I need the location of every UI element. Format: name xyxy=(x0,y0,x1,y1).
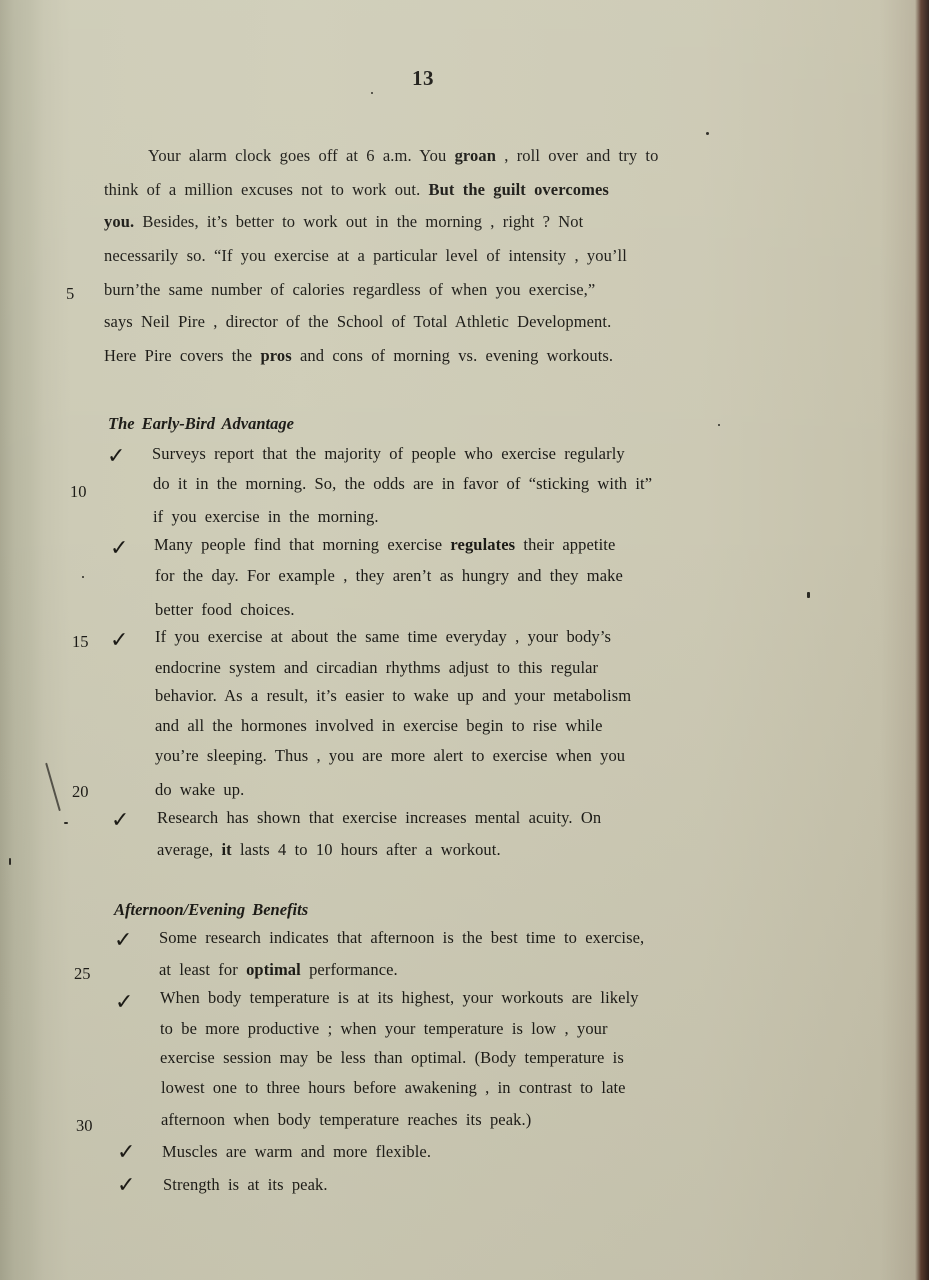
line-number-15: 15 xyxy=(72,632,89,652)
intro-line-5: burn’the same number of calories regardl… xyxy=(104,280,595,300)
intro-line-3: you. Besides, it’s better to work out in… xyxy=(104,212,583,232)
paper-speck xyxy=(807,592,810,598)
early-bird-item-3-line-6: do wake up. xyxy=(155,780,244,800)
intro-line-2: think of a million excuses not to work o… xyxy=(104,180,609,200)
afternoon-item-3-line-1: Muscles are warm and more flexible. xyxy=(162,1142,431,1162)
afternoon-item-2-line-2: to be more productive ; when your temper… xyxy=(160,1019,608,1039)
afternoon-item-2-line-5: afternoon when body temperature reaches … xyxy=(161,1110,531,1130)
section-heading-early-bird: The Early-Bird Advantage xyxy=(108,414,294,434)
early-bird-item-4-line-1: Research has shown that exercise increas… xyxy=(157,808,601,828)
check-icon: ✓ xyxy=(117,1175,135,1197)
paper-speck xyxy=(718,424,720,426)
paper-speck xyxy=(64,822,68,824)
paper-speck xyxy=(706,132,709,135)
early-bird-item-1-line-1: Surveys report that the majority of peop… xyxy=(152,444,625,464)
afternoon-item-2-line-3: exercise session may be less than optima… xyxy=(160,1048,624,1068)
early-bird-item-2-line-1: Many people find that morning exercise r… xyxy=(154,535,615,555)
afternoon-item-2-line-4: lowest one to three hours before awakeni… xyxy=(161,1078,626,1098)
section-heading-afternoon-evening: Afternoon/Evening Benefits xyxy=(114,900,308,920)
early-bird-item-3-line-5: you’re sleeping. Thus , you are more ale… xyxy=(155,746,625,766)
page-number: 13 xyxy=(412,66,434,91)
early-bird-item-4-line-2: average, it lasts 4 to 10 hours after a … xyxy=(157,840,501,860)
early-bird-item-3-line-4: and all the hormones involved in exercis… xyxy=(155,716,603,736)
check-icon: ✓ xyxy=(110,630,128,652)
early-bird-item-1-line-2: do it in the morning. So, the odds are i… xyxy=(153,474,652,494)
afternoon-item-1-line-1: Some research indicates that afternoon i… xyxy=(159,928,644,948)
afternoon-item-2-line-1: When body temperature is at its highest,… xyxy=(160,988,639,1008)
intro-line-6: says Neil Pire , director of the School … xyxy=(104,312,611,332)
afternoon-item-4-line-1: Strength is at its peak. xyxy=(163,1175,328,1195)
early-bird-item-3-line-2: endocrine system and circadian rhythms a… xyxy=(155,658,598,678)
paper-speck xyxy=(82,576,84,578)
early-bird-item-1-line-3: if you exercise in the morning. xyxy=(153,507,379,527)
paper-speck xyxy=(9,858,11,865)
line-number-25: 25 xyxy=(74,964,91,984)
check-icon: ✓ xyxy=(117,1142,135,1164)
intro-line-4: necessarily so. “If you exercise at a pa… xyxy=(104,246,627,266)
intro-line-1: Your alarm clock goes off at 6 a.m. You … xyxy=(148,146,658,166)
line-number-20: 20 xyxy=(72,782,89,802)
check-icon: ✓ xyxy=(111,810,129,832)
afternoon-item-1-line-2: at least for optimal performance. xyxy=(159,960,398,980)
check-icon: ✓ xyxy=(110,538,128,560)
early-bird-item-2-line-2: for the day. For example , they aren’t a… xyxy=(155,566,623,586)
check-icon: ✓ xyxy=(107,446,125,468)
early-bird-item-2-line-3: better food choices. xyxy=(155,600,295,620)
check-icon: ✓ xyxy=(114,930,132,952)
line-number-5: 5 xyxy=(66,284,74,304)
early-bird-item-3-line-1: If you exercise at about the same time e… xyxy=(155,627,611,647)
line-number-30: 30 xyxy=(76,1116,93,1136)
check-icon: ✓ xyxy=(115,992,133,1014)
intro-line-7: Here Pire covers the pros and cons of mo… xyxy=(104,346,613,366)
paper-speck xyxy=(371,92,373,94)
book-page: 13 Your alarm clock goes off at 6 a.m. Y… xyxy=(0,0,929,1280)
early-bird-item-3-line-3: behavior. As a result, it’s easier to wa… xyxy=(155,686,631,706)
pencil-mark xyxy=(45,763,60,811)
line-number-10: 10 xyxy=(70,482,87,502)
